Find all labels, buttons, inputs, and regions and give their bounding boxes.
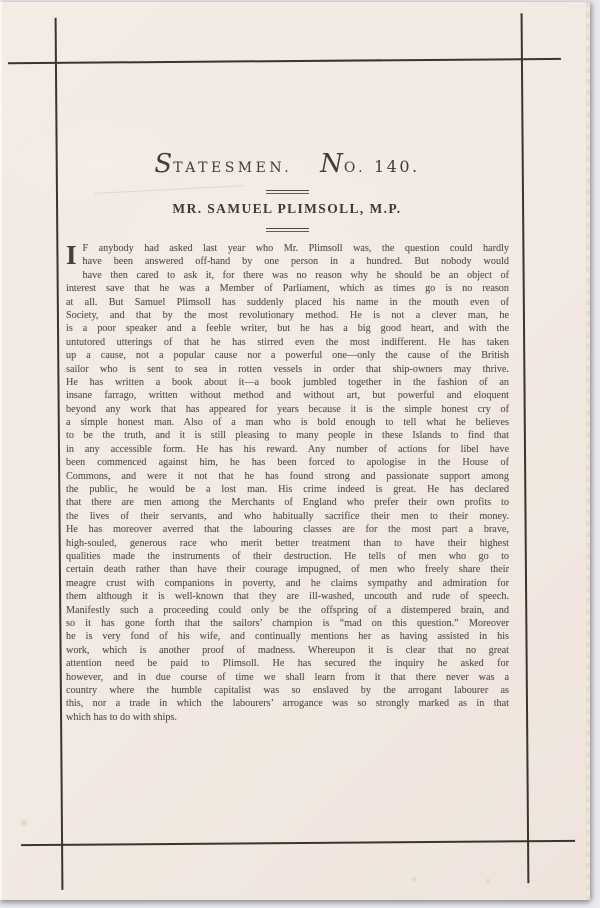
frame-rule-left	[55, 18, 63, 890]
body-line: untutored utterings of that he has stirr…	[66, 336, 509, 349]
divider-top-wrap	[66, 190, 508, 194]
body-line: is a poor speaker and a feeble writer, b…	[66, 322, 509, 335]
issue-rest: O.	[344, 160, 366, 176]
body-line: the public, he would be a lost man. His …	[66, 483, 509, 496]
body-line: F anybody had asked last year who Mr. Pl…	[66, 242, 509, 255]
frame-rule-top	[8, 58, 561, 64]
double-rule-bottom	[266, 228, 309, 232]
body-line: the lives of their servants, and who hab…	[66, 510, 509, 523]
body-line: work, which is another proof of madness.…	[66, 644, 509, 657]
body-line: up a cause, not a popular cause nor a po…	[66, 349, 509, 362]
body-line: to be the truth, and it is still pleasin…	[66, 429, 509, 442]
series-title-rest: TATESMEN.	[173, 160, 292, 176]
body-line: in any accessible form. He has his rewar…	[66, 443, 509, 456]
body-line: sailor who is sent to sea in rotten vess…	[66, 363, 509, 376]
masthead: STATESMEN.NO. 140.	[66, 149, 508, 183]
body-line: Manifestly such a proceeding could only …	[66, 604, 509, 617]
body-line: he is very fond of his wife, and continu…	[66, 630, 509, 643]
double-rule-top	[266, 190, 309, 194]
article-title: MR. SAMUEL PLIMSOLL, M.P.	[66, 201, 508, 217]
body-line: He has written a book about it—a book ju…	[66, 376, 509, 389]
series-title-initial: S	[154, 149, 173, 179]
body-line: so it has gone forth that the sailors’ c…	[66, 617, 509, 630]
body-line: that there are men among the Merchants o…	[66, 496, 509, 509]
body-line: them although it is well-known that they…	[66, 590, 509, 603]
frame-rule-right	[521, 13, 529, 883]
body-line: at all. But Samuel Plimsoll has suddenly…	[66, 296, 509, 309]
scanned-document: STATESMEN.NO. 140. MR. SAMUEL PLIMSOLL, …	[0, 0, 600, 908]
body-text: I F anybody had asked last year who Mr. …	[66, 242, 509, 724]
series-title: STATESMEN.	[154, 160, 292, 176]
body-line: qualities made the instruments of their …	[66, 550, 509, 563]
body-line: been commenced against him, he has been …	[66, 456, 509, 469]
body-line: insane farrago, written without method a…	[66, 389, 509, 402]
frame-rule-bottom	[21, 840, 575, 846]
body-line: attention need be paid to Plimsoll. He h…	[66, 657, 509, 670]
issue-number: 140.	[374, 157, 420, 176]
body-line: this, nor a trade in which the labourers…	[66, 697, 509, 710]
body-line: have been answered off-hand by one perso…	[66, 255, 509, 268]
body-line: meagre crust with companions in poverty,…	[66, 577, 509, 590]
body-line: Society, and that by the most revolution…	[66, 309, 509, 322]
body-line: a simple honest man. Also of a man who i…	[66, 416, 509, 429]
deckle-edge	[586, 2, 590, 900]
issue-label: NO. 140.	[320, 160, 419, 176]
body-line: high-souled, generous race who merit bet…	[66, 537, 509, 550]
body-line: have then cared to ask it, for there was…	[66, 269, 509, 282]
divider-bottom-wrap	[66, 228, 508, 232]
body-line: which has to do with ships.	[66, 711, 509, 724]
body-line: interest save that he was a Member of Pa…	[66, 282, 509, 295]
body-line: He has moreover averred that the labouri…	[66, 523, 509, 536]
drop-cap: I	[66, 242, 77, 269]
body-line: Commons, and were it not that he has fou…	[66, 470, 509, 483]
issue-initial: N	[320, 149, 344, 179]
body-line: certain death rather than have their cou…	[66, 563, 509, 576]
body-line: beyond any work that has appeared for ye…	[66, 403, 509, 416]
document-page: STATESMEN.NO. 140. MR. SAMUEL PLIMSOLL, …	[0, 2, 590, 900]
body-line: country where the humble capitalist was …	[66, 684, 509, 697]
body-line: however, and in due course of time we sh…	[66, 671, 509, 684]
